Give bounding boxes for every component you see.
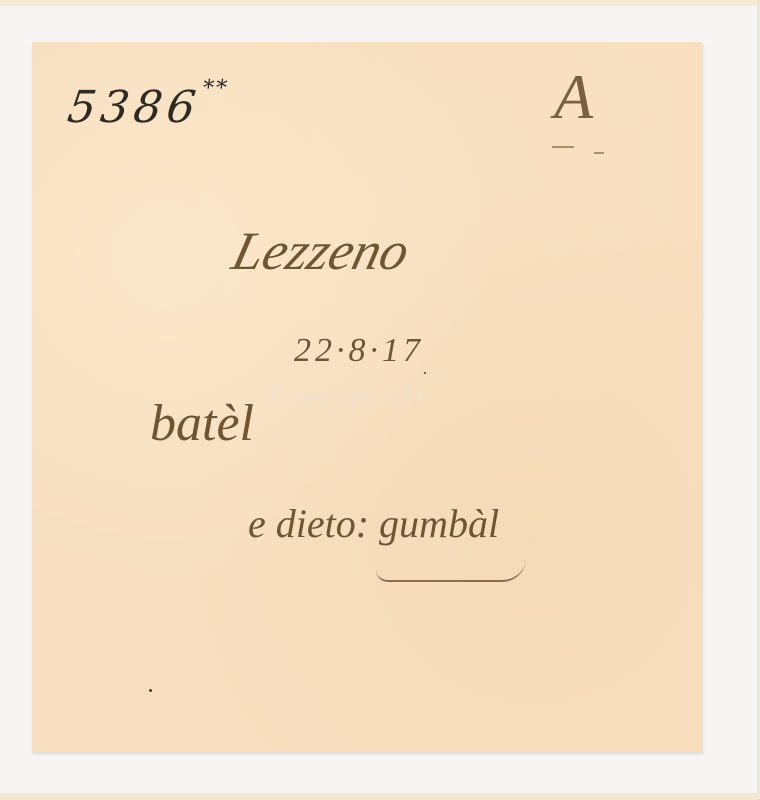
collection-date: 22·8·17 <box>294 332 424 370</box>
specimen-label-card: 5386** A Lezzeno 22·8·17 Copyright SFF b… <box>32 42 702 752</box>
category-letter: A <box>554 60 593 134</box>
ink-speck <box>149 689 152 692</box>
handwriting-flourish <box>376 558 526 582</box>
dialect-name-primary: batèl <box>150 394 254 453</box>
mount-top-edge <box>0 0 760 6</box>
mount-bottom-edge <box>0 793 760 800</box>
locality-text: Lezzeno <box>226 220 415 282</box>
ink-speck <box>424 372 426 374</box>
copyright-watermark: Copyright SFF <box>270 384 431 412</box>
category-letter-underline-left <box>552 146 574 148</box>
catalog-number-value: 5386 <box>64 82 203 133</box>
category-letter-underline-right <box>594 152 604 154</box>
dialect-name-secondary: e dieto: gumbàl <box>248 500 499 547</box>
catalog-number: 5386** <box>64 82 229 133</box>
catalog-star-marks: ** <box>201 76 231 101</box>
